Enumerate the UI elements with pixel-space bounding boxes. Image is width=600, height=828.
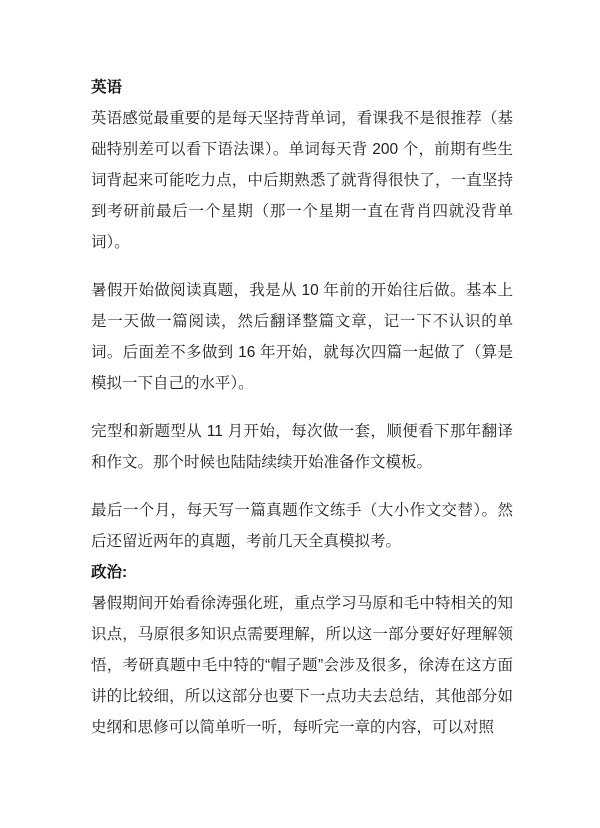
paragraph-english-cloze: 完型和新题型从 11 月开始，每次做一套，顺便看下那年翻译和作文。那个时候也陆陆…	[91, 416, 513, 478]
section-heading-politics: 政治:	[91, 557, 513, 588]
paragraph-english-reading: 暑假开始做阅读真题，我是从 10 年前的开始往后做。基本上是一天做一篇阅读，然后…	[91, 275, 513, 399]
section-politics: 政治: 暑假期间开始看徐涛强化班，重点学习马原和毛中特相关的知识点，马原很多知识…	[91, 557, 513, 743]
paragraph-politics-plan: 暑假期间开始看徐涛强化班，重点学习马原和毛中特相关的知识点，马原很多知识点需要理…	[91, 588, 513, 743]
paragraph-english-vocab: 英语感觉最重要的是每天坚持背单词，看课我不是很推荐（基础特别差可以看下语法课）。…	[91, 103, 513, 258]
section-english: 英语 英语感觉最重要的是每天坚持背单词，看课我不是很推荐（基础特别差可以看下语法…	[91, 72, 513, 557]
section-heading-english: 英语	[91, 72, 513, 103]
article-body: 英语 英语感觉最重要的是每天坚持背单词，看课我不是很推荐（基础特别差可以看下语法…	[91, 72, 513, 743]
paragraph-english-lastmonth: 最后一个月，每天写一篇真题作文练手（大小作文交替）。然后还留近两年的真题，考前几…	[91, 495, 513, 557]
